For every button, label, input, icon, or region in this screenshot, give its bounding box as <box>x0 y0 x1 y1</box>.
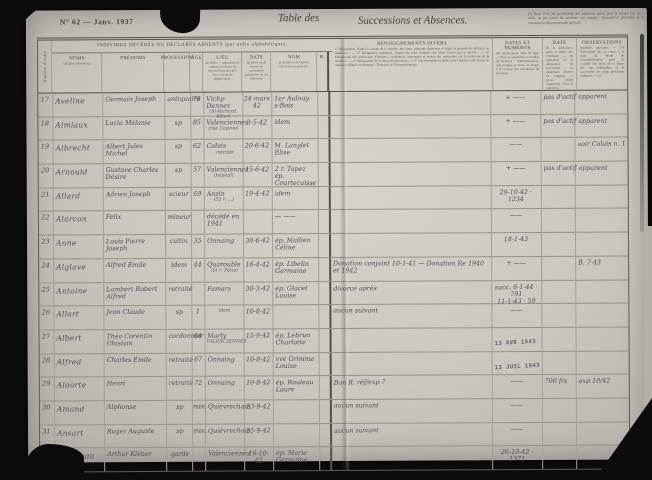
cell-lieu: Onnaing <box>205 235 244 258</box>
cell-lieu: Quiévrechain <box>206 424 245 447</box>
cell-lieu: Calais· retraité <box>205 140 244 163</box>
table-row: 29 Aloorte Henri retraité 72 Onnaing 10-… <box>40 375 629 402</box>
cell-profession: sp <box>166 306 192 329</box>
cell-age: 62 <box>192 140 205 163</box>
cell-observations <box>576 304 626 327</box>
cell-epoux: 1er Aulnay-s-Bois <box>272 92 318 115</box>
cell-date: 30-6-42 <box>244 234 273 257</box>
cell-nom: Aveline <box>53 93 103 116</box>
cell-renvoi <box>320 447 332 470</box>
cell-date: 23-9-42 <box>245 400 274 423</box>
cell-delivrance: pas d'actif apparent <box>541 91 575 114</box>
cell-order-number: 29 <box>40 378 55 401</box>
cell-observations <box>577 398 627 421</box>
cell-epoux: ép. Glacet Louise <box>273 282 319 305</box>
cell-delivrance <box>542 328 576 351</box>
scan-binding-mark <box>343 0 356 9</box>
cell-date: 15-6-42 <box>244 163 273 186</box>
cell-nom: Arnould <box>54 164 104 187</box>
cell-declaration: —— <box>493 423 543 446</box>
header-renvoi: R. <box>317 52 329 91</box>
cell-renvoi <box>320 376 332 399</box>
cell-profession: cultiv. <box>166 235 192 258</box>
cell-observations <box>576 209 626 232</box>
cell-renseignements <box>332 352 493 376</box>
table-row: 26 Allart Jean Claude sp 1 idem 10-8-42 … <box>39 304 628 331</box>
cell-observations: exp 10/42 <box>577 375 627 398</box>
table-row: 32 Alandeau Arthur Kléber garde Valencie… <box>40 446 629 472</box>
cell-order-number: 23 <box>39 236 54 259</box>
cell-nom: Allard <box>54 188 104 211</box>
cell-declaration: + —— <box>491 91 541 114</box>
cell-lieu: Onnaing <box>206 377 245 400</box>
cell-renseignements: Donation conjoint 10-1-41 — Donation Re … <box>331 257 492 281</box>
page-title-left: Table des <box>278 12 320 24</box>
header-prenoms: PRÉNOMS <box>102 53 164 92</box>
cell-renvoi <box>319 210 331 233</box>
cell-order-number: 22 <box>39 212 54 235</box>
cell-lieu: Famars <box>205 282 244 305</box>
header-age: ÂGE <box>190 53 203 92</box>
cell-prenoms: Alphonse <box>105 401 167 424</box>
cell-renseignements: aucun suivant <box>332 423 493 447</box>
cell-nom: Allart <box>54 306 104 329</box>
cell-profession: sp <box>167 401 193 424</box>
cell-renseignements: divorce après <box>331 281 492 305</box>
cell-epoux: ép. Lebrun Charlotte <box>273 329 319 352</box>
cell-declaration: + —— <box>492 162 542 185</box>
cell-renseignements: aucun suivant <box>332 399 493 423</box>
cell-profession: scieur <box>166 188 192 211</box>
cell-profession: cordonnier <box>166 330 192 353</box>
cell-renvoi <box>319 329 331 352</box>
cell-profession: sp <box>166 140 192 163</box>
cell-renvoi <box>318 116 330 139</box>
cell-declaration: 13 AVR 1943 <box>492 328 542 351</box>
header-observations: OBSERVATIONS Mentions spéciales. — (*) D… <box>577 37 627 88</box>
cell-observations: voir Calais n. 1 <box>575 138 625 161</box>
cell-observations <box>576 280 626 303</box>
cell-date: 10-8-42 <box>245 377 274 400</box>
cell-order-number: 20 <box>39 165 54 188</box>
cell-epoux: ép. Rouleau Laure <box>274 376 320 399</box>
cell-profession: sp <box>165 116 191 139</box>
cell-declaration: + —— <box>492 257 542 280</box>
header-date-deces: DATE du décès ou de l'envoi en possessio… <box>242 52 271 91</box>
cell-epoux <box>273 305 319 328</box>
cell-declaration: 26-10-42 · 1371 <box>493 446 543 469</box>
cell-renvoi <box>319 187 331 210</box>
table-row: 23 Anne Louis Pierre Joseph cultiv. 35 O… <box>39 233 628 260</box>
cell-lieu: Quiévrechain <box>206 400 245 423</box>
cell-renvoi <box>319 282 331 305</box>
cell-prenoms: Germain Joseph <box>103 93 165 116</box>
cell-nom: Albrecht <box>54 141 104 164</box>
cell-age <box>193 448 206 471</box>
cell-renseignements <box>331 162 492 186</box>
cell-lieu: Valenciennes <box>206 448 245 471</box>
cell-renvoi <box>319 234 331 257</box>
table-row: 22 Alarcon Felix mineur décédé en 1941 —… <box>39 209 628 236</box>
scan-shadow-bottom-left <box>24 444 84 480</box>
cell-prenoms: Théo Corentin Ghislain <box>104 330 166 353</box>
cell-observations: B. 7-43 <box>576 256 626 279</box>
cell-observations <box>577 351 627 374</box>
cell-declaration: —— <box>492 304 542 327</box>
cell-epoux: ép. Marie Germaine <box>274 447 320 470</box>
cell-prenoms: Louis Pierre Joseph <box>104 235 166 258</box>
cell-nom: Amand <box>55 401 105 424</box>
cell-date: 30-3-42 <box>244 282 273 305</box>
cell-nom: Alfred <box>55 354 105 377</box>
cell-delivrance <box>543 399 577 422</box>
cell-nom: Aloorte <box>55 377 105 400</box>
cell-age: min. <box>193 424 206 447</box>
cell-order-number: 28 <box>40 354 55 377</box>
cell-lieu: Valenciennes(hôpital) <box>205 164 244 187</box>
cell-delivrance <box>542 209 576 232</box>
cell-delivrance <box>543 446 577 469</box>
cell-epoux <box>274 424 320 447</box>
cell-delivrance <box>543 422 577 445</box>
cell-delivrance <box>541 138 575 161</box>
cell-profession: retraité <box>167 377 193 400</box>
cell-observations <box>576 185 626 208</box>
header-noms: NOMS (en gros caractères). <box>52 53 102 92</box>
cell-delivrance <box>542 233 576 256</box>
cell-delivrance <box>542 304 576 327</box>
cell-renvoi <box>319 163 331 186</box>
cell-age: 78 <box>191 93 204 116</box>
cell-lieu: Anzin(52 r. …) <box>205 187 244 210</box>
cell-date: 25-9-42 <box>245 424 274 447</box>
cell-date <box>244 211 273 234</box>
cell-prenoms: Henri <box>105 377 167 400</box>
cell-delivrance <box>542 186 576 209</box>
cell-nom: Alarcon <box>54 212 104 235</box>
cell-profession: sp <box>167 424 193 447</box>
cell-date: 24 mars 42 <box>243 92 272 115</box>
cell-declaration: 18-1-43 <box>492 233 542 256</box>
table-row: 19 Albrecht Albert Jules Michel sp 62 Ca… <box>39 138 628 165</box>
cell-renseignements <box>331 328 492 352</box>
cell-date: 10-8-42 <box>244 306 273 329</box>
cell-order-number: 25 <box>39 283 54 306</box>
cell-lieu: idem <box>205 306 244 329</box>
cell-epoux: 2 r. Tapez ép. Courtecuisse <box>273 163 319 186</box>
cell-observations <box>577 422 627 445</box>
table-row: 31 Ansart Roger Auguste sp min. Quiévrec… <box>40 422 629 449</box>
cell-date: 16-10-42 <box>245 448 274 471</box>
cell-renseignements <box>331 186 492 210</box>
cell-declaration: —— <box>492 209 542 232</box>
cell-delivrance: pas d'actif apparent <box>542 162 576 185</box>
cell-age <box>192 211 205 234</box>
cell-profession: antiquaire <box>165 93 191 116</box>
register-scan: N° 62 — Janv. 1937 Table des Successions… <box>0 0 652 480</box>
cell-observations <box>576 233 626 256</box>
cell-epoux: ép. Libelin Germaine <box>273 258 319 281</box>
cell-prenoms: Jean Claude <box>104 306 166 329</box>
cell-age: min. <box>193 401 206 424</box>
cell-age: 44 <box>192 259 205 282</box>
cell-order-number: 21 <box>39 188 54 211</box>
page-edge-shadow <box>640 34 644 232</box>
cell-nom: Alglave <box>54 259 104 282</box>
cell-prenoms: Alfred Émile <box>104 259 166 282</box>
date-stamp: 13 JUIL 1943 <box>492 360 540 371</box>
cell-profession: retraité <box>167 353 193 376</box>
cell-lieu: Vichy-Dennes(St-Richard, Allier) <box>204 92 243 115</box>
cell-age: 57 <box>192 164 205 187</box>
cell-declaration: 29-10-42 · 1234 <box>492 186 542 209</box>
cell-lieu: Valenciennes(rue Capron) <box>204 116 243 139</box>
table-body: 17 Aveline Germain Joseph antiquaire 78 … <box>38 90 629 471</box>
cell-prenoms: Albert Jules Michel <box>104 140 166 163</box>
cell-declaration: + —— <box>491 115 541 138</box>
cell-delivrance <box>542 280 576 303</box>
date-stamp: 13 AVR 1943 <box>492 337 536 347</box>
cell-renvoi <box>320 400 332 423</box>
cell-declaration: 13 JUIL 1943 <box>493 351 543 374</box>
table-row: 25 Antoine Lambert Robert Alfred retrait… <box>39 280 628 307</box>
cell-prenoms: Adrien Joseph <box>104 188 166 211</box>
cell-prenoms: Lucia Mélanie <box>103 117 165 140</box>
cell-observations <box>575 114 625 137</box>
cell-order-number: 19 <box>39 141 54 164</box>
cell-renvoi <box>318 139 330 162</box>
register-paper: N° 62 — Janv. 1937 Table des Successions… <box>26 7 649 462</box>
cell-profession: retraité <box>166 282 192 305</box>
cell-lieu: Quarouble(St = Paris) <box>205 258 244 281</box>
table-row: 30 Amand Alphonse sp min. Quiévrechain 2… <box>40 398 629 425</box>
cell-epoux: idem <box>273 187 319 210</box>
cell-observations <box>576 327 626 350</box>
cell-order-number: 27 <box>39 330 54 353</box>
cell-delivrance <box>542 257 576 280</box>
cell-nom: Antoine <box>54 283 104 306</box>
cell-age: 67 <box>193 353 206 376</box>
header-renseignements: RENSEIGNEMENTS DIVERS 1° Désignation, d'… <box>332 38 493 90</box>
cell-renvoi <box>320 424 332 447</box>
cell-delivrance: pas d'actif apparent <box>541 114 575 137</box>
cell-epoux <box>274 400 320 423</box>
cell-age: 72 <box>193 377 206 400</box>
header-order-number: Numéro d'ordre <box>38 40 53 92</box>
cell-age: 35 <box>192 235 205 258</box>
cell-delivrance <box>543 351 577 374</box>
cell-age: 64 <box>192 330 205 353</box>
cell-renseignements <box>330 139 491 163</box>
cell-prenoms: Lambert Robert Alfred <box>104 282 166 305</box>
cell-profession: idem <box>166 259 192 282</box>
header-profession: PROFESSION <box>164 53 190 92</box>
right-page-header: RENSEIGNEMENTS DIVERS 1° Désignation, d'… <box>332 37 627 91</box>
cell-prenoms: Felix <box>104 211 166 234</box>
cell-prenoms: Roger Auguste <box>105 425 167 448</box>
cell-order-number: 24 <box>39 259 54 282</box>
cell-order-number: 30 <box>40 401 55 424</box>
cell-epoux: ép. Mallien Céline <box>273 234 319 257</box>
table-row: 17 Aveline Germain Joseph antiquaire 78 … <box>38 90 627 117</box>
cell-prenoms: Gustave Charles Désiré <box>104 164 166 187</box>
cell-declaration: —— <box>493 375 543 398</box>
cell-age: 69 <box>192 187 205 210</box>
cell-renseignements <box>331 233 492 257</box>
cell-date: 15-9-42 <box>244 329 273 352</box>
cell-epoux: M. Langlet Élise <box>273 139 319 162</box>
cell-observations <box>575 90 625 113</box>
table-row: 20 Arnould Gustave Charles Désiré sp 57 … <box>39 162 628 189</box>
cell-nom: Aimiaux <box>53 117 103 140</box>
cell-age <box>192 282 205 305</box>
cell-renseignements: aucun suivant <box>331 304 492 328</box>
cell-prenoms: Arthur Kléber <box>105 448 167 471</box>
cell-renvoi <box>319 258 331 281</box>
cell-declaration: —— <box>493 399 543 422</box>
cell-renseignements <box>330 115 491 139</box>
cell-renseignements <box>330 91 491 115</box>
cell-declaration: succ. 6-1-44 · 791 11-1-43 · 59 <box>492 280 542 303</box>
cell-renvoi <box>320 353 332 376</box>
cell-date: 10-8-42 <box>245 353 274 376</box>
cell-renseignements <box>331 210 492 234</box>
cell-age: 85 <box>191 116 204 139</box>
cell-date: 20-6-42 <box>244 140 273 163</box>
cell-renseignements: Bon R. réf/exp 7 <box>332 375 493 399</box>
cell-renvoi <box>319 305 331 328</box>
header-delivrance: DATE de la délivrance, après le décès, d… <box>543 38 577 89</box>
cell-epoux: vve Grimme Louise <box>274 353 320 376</box>
cell-nom: Anne <box>54 235 104 258</box>
cell-renseignements <box>332 447 493 471</box>
cell-profession: sp <box>166 164 192 187</box>
folio-label: N° 62 — Janv. 1937 <box>60 17 134 26</box>
cell-date: 3-5-42 <box>243 116 272 139</box>
cell-nom: Albert <box>54 330 104 353</box>
cell-delivrance: 700 frs <box>543 375 577 398</box>
cell-profession: mineur <box>166 211 192 234</box>
cell-epoux: idem <box>272 116 318 139</box>
cell-lieu: MarlyVALENCIENNES <box>205 329 244 352</box>
cell-profession: garde <box>167 448 193 471</box>
cell-lieu: Onnaing <box>206 353 245 376</box>
successions-table: Numéro d'ordre INDIVIDUS DÉCÉDÉS OU DÉCL… <box>37 34 630 472</box>
page-title-right: Successions et Absences. <box>358 14 468 27</box>
cell-date: 16-4-42 <box>244 258 273 281</box>
cell-observations <box>576 162 626 185</box>
table-row: 21 Allard Adrien Joseph scieur 69 Anzin(… <box>39 185 628 212</box>
table-row: 24 Alglave Alfred Émile idem 44 Quaroubl… <box>39 256 628 283</box>
cell-lieu: décédé en 1941 <box>205 211 244 234</box>
cell-order-number: 17 <box>38 93 53 116</box>
printed-footnote: (*) Nota. Pour les successions des milit… <box>528 11 644 25</box>
cell-prenoms: Charles Émile <box>105 353 167 376</box>
cell-date: 19-4-42 <box>244 187 273 210</box>
cell-epoux: — —— <box>273 211 319 234</box>
cell-order-number: 26 <box>39 307 54 330</box>
table-header: Numéro d'ordre INDIVIDUS DÉCÉDÉS OU DÉCL… <box>38 37 627 93</box>
scan-top-edge <box>0 0 652 8</box>
header-epoux: NOM et résidence de l'époux survivant ou… <box>271 52 317 91</box>
header-lieu-deces: LIEU du décès — indication du canton si … <box>203 52 242 91</box>
cell-age: 1 <box>192 306 205 329</box>
cell-renvoi <box>318 92 330 115</box>
header-dates-numeros: DATES ET NUMÉROS des déclarations, faits… <box>493 38 543 89</box>
left-page-header: INDIVIDUS DÉCÉDÉS OU DÉCLARÉS ABSENTS (p… <box>52 39 332 92</box>
cell-order-number: 18 <box>38 117 53 140</box>
cell-declaration: —— <box>491 138 541 161</box>
table-row: 27 Albert Théo Corentin Ghislain cordonn… <box>39 327 628 354</box>
